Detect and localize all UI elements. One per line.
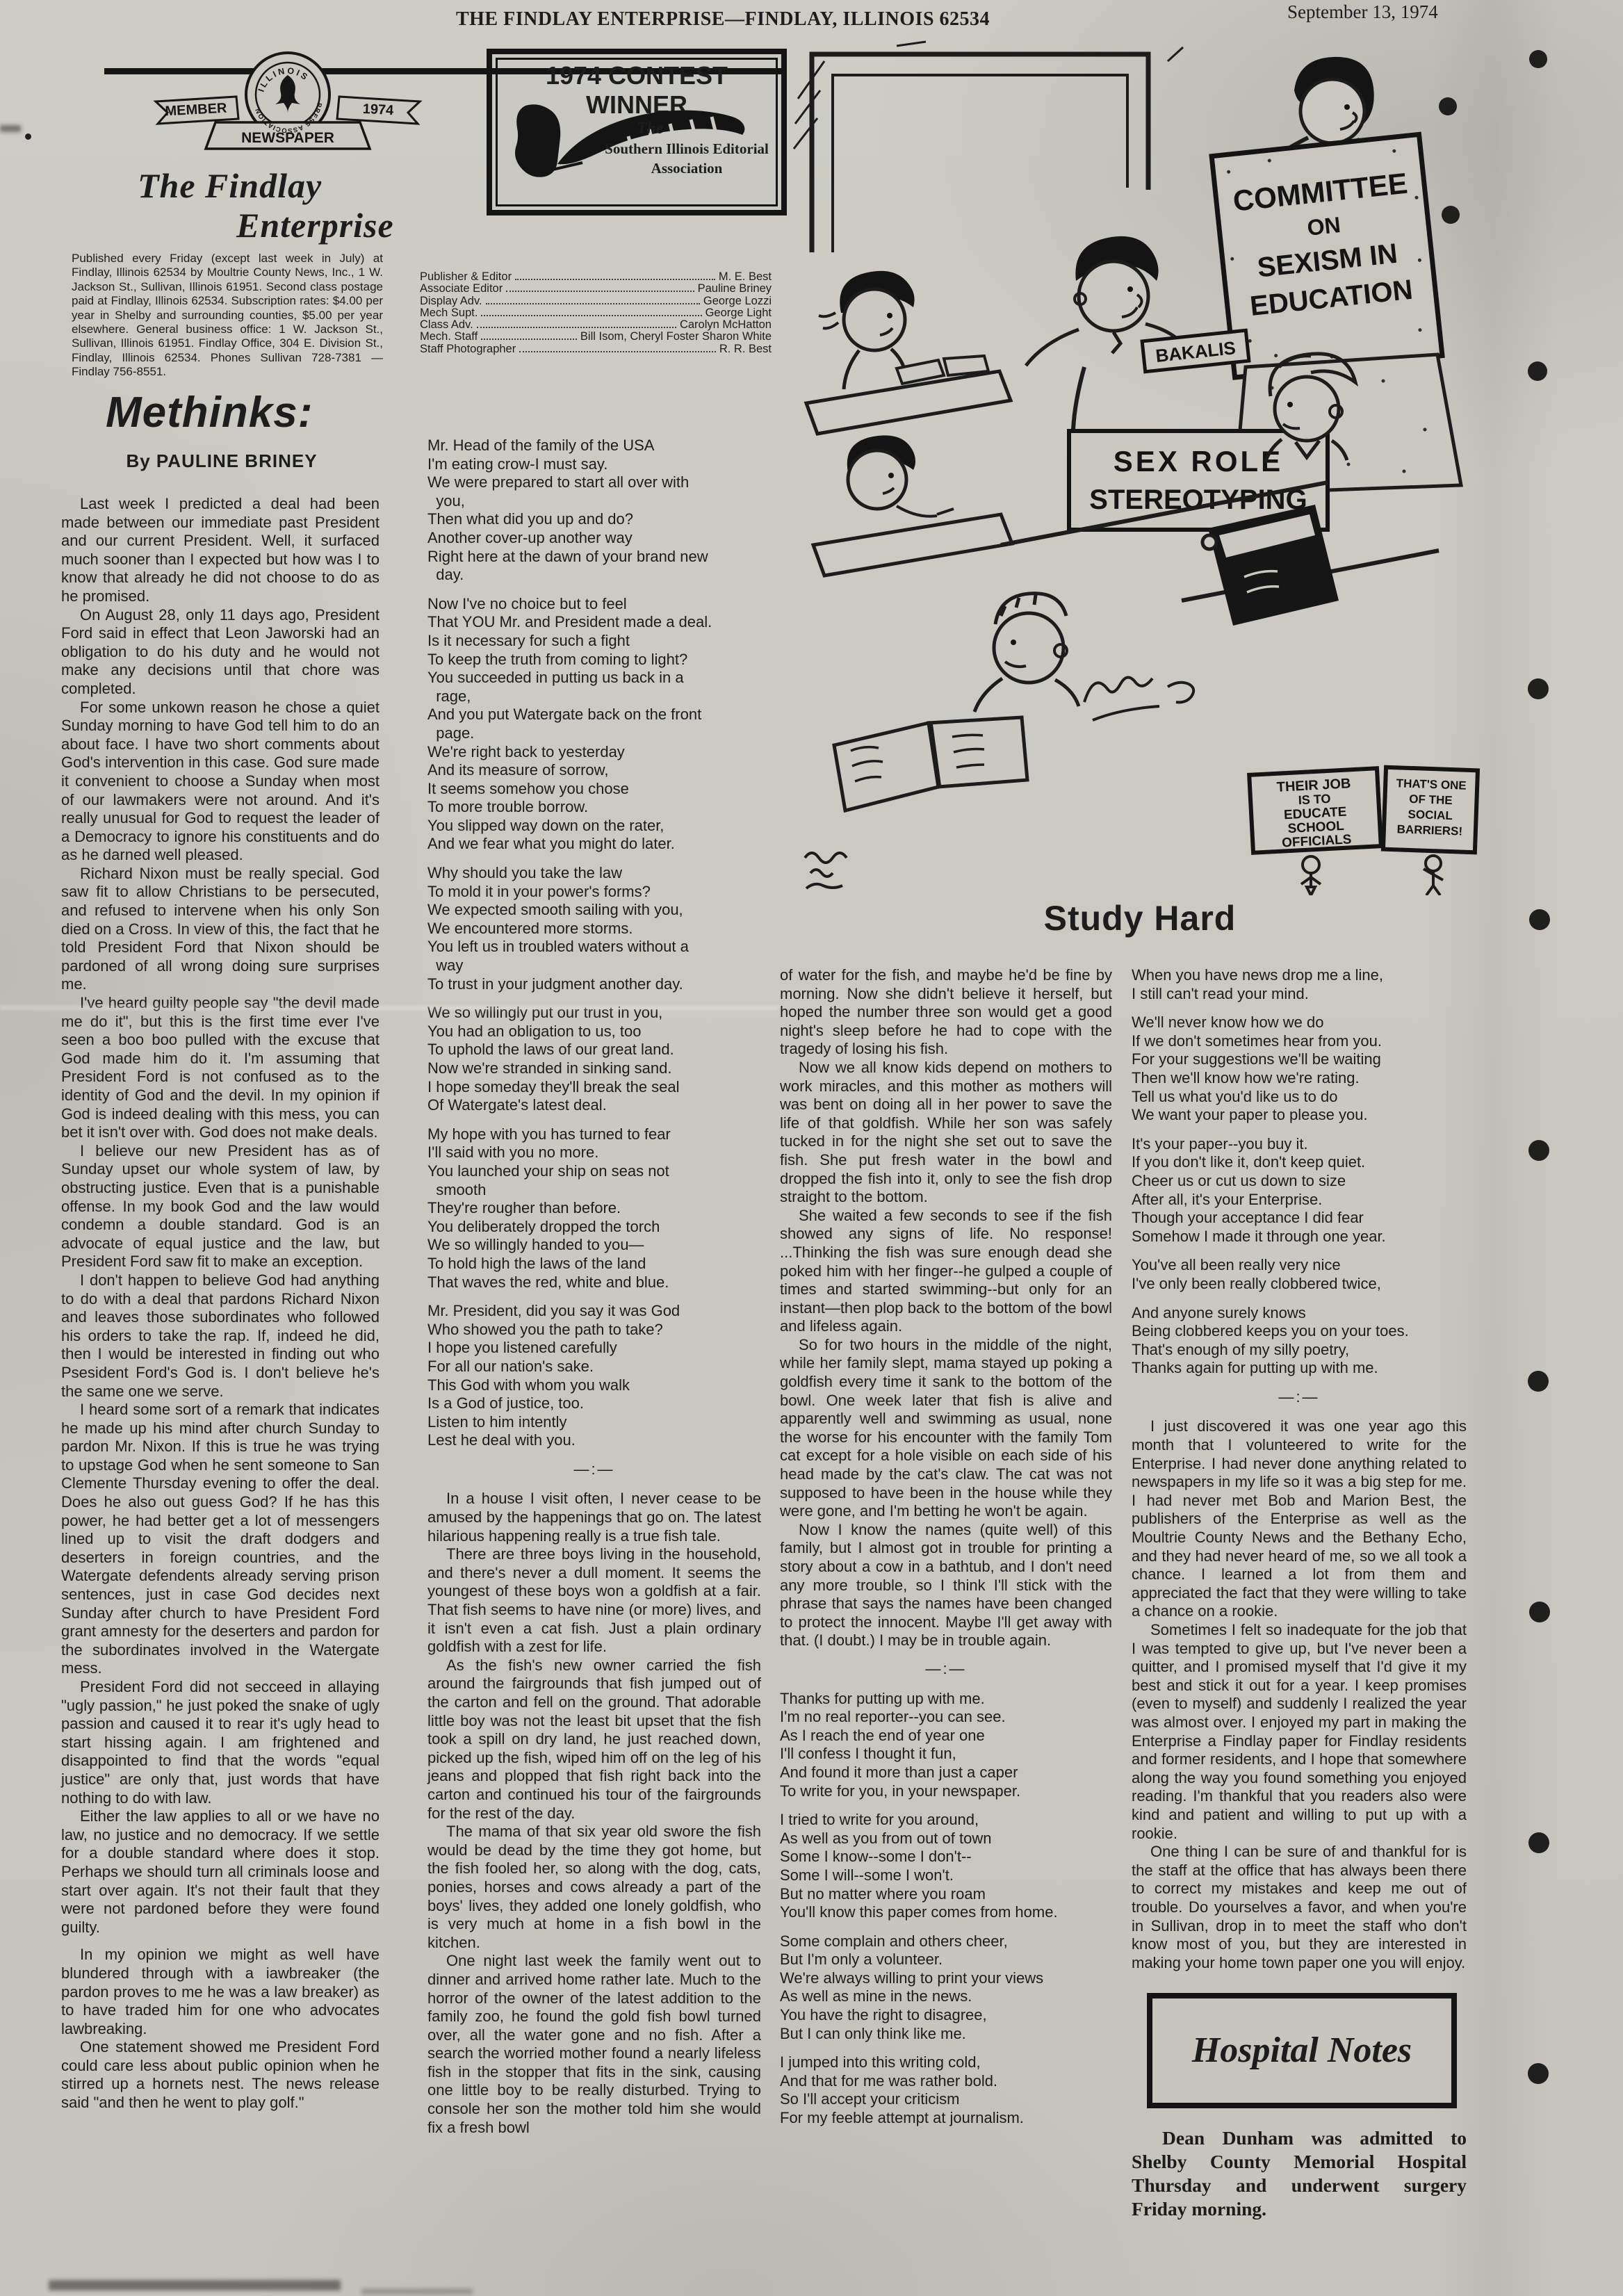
text-column-1: Last week I predicted a deal had been ma… [61, 495, 380, 2112]
cartoon-corner-scribble [805, 853, 847, 888]
paragraph: One statement showed me President Ford c… [61, 2038, 380, 2112]
poem-line: And you put Watergate back on the front [427, 706, 761, 724]
poem-line: We so willingly handed to you— [427, 1236, 761, 1255]
poem-line: Listen to him intently [427, 1413, 761, 1432]
column-4-body: When you have news drop me a line,I stil… [1132, 966, 1467, 1972]
cartoon-sign-their-job: THEIR JOB IS TO EDUCATE SCHOOL OFFICIALS [1249, 768, 1381, 852]
poem-line: Another cover-up another way [427, 529, 761, 548]
poem-line: Who showed you the path to take? [427, 1321, 761, 1340]
press-association-badge: ILLINOIS PRESS ASSOCIATION MEMBER 1974 N… [152, 43, 424, 153]
staff-name: Pauline Briney [698, 283, 772, 295]
staff-row: Class Adv.Carolyn McHatton [420, 319, 772, 331]
poem-line: Right here at the dawn of your brand new [427, 548, 761, 567]
poem-stanza: Why should you take the lawTo mold it in… [427, 864, 761, 993]
paragraph: I've heard guilty people say "the devil … [61, 994, 380, 1142]
poem-line: You'll know this paper comes from home. [780, 1903, 1112, 1922]
paragraph: I just discovered it was one year ago th… [1132, 1417, 1467, 1621]
poem-line: you, [427, 492, 761, 511]
poem-line: You've all been really very nice [1132, 1256, 1467, 1275]
staff-name: R. R. Best [719, 343, 772, 355]
contest-org-line1: Southern Illinois Editorial [596, 140, 777, 158]
cartoon-stick-figures [1301, 856, 1443, 895]
paragraph: Richard Nixon must be really special. Go… [61, 865, 380, 994]
poem-line: To keep the truth from coming to light? [427, 651, 761, 669]
paragraph: of water for the fish, and maybe he'd be… [780, 966, 1112, 1059]
barriers-sign-line3: SOCIAL [1408, 808, 1453, 822]
ink-dot [1528, 678, 1549, 699]
poem-line: Lest he deal with you. [427, 1431, 761, 1450]
ink-dot [25, 133, 31, 140]
poem-line: Is it necessary for such a fight [427, 632, 761, 651]
poem-line: You succeeded in putting us back in a [427, 669, 761, 687]
poem-stanza: Some complain and others cheer,But I'm o… [780, 1932, 1112, 2044]
poem-line: We're right back to yesterday [427, 743, 761, 762]
poem-line: For all our nation's sake. [427, 1358, 761, 1376]
poem-line: You left us in troubled waters without a [427, 938, 761, 956]
hospital-notes-box: Hospital Notes [1147, 1993, 1457, 2108]
poem-line: way [427, 956, 761, 975]
poem-line: Though your acceptance I did fear [1132, 1209, 1467, 1228]
poem-line: We're always willing to print your views [780, 1969, 1112, 1988]
stereotyping-sign-line1: SEX ROLE [1114, 445, 1283, 478]
hospital-notes-title: Hospital Notes [1192, 2042, 1412, 2060]
poem-line: If you don't like it, don't keep quiet. [1132, 1153, 1467, 1172]
paragraph: One thing I can be sure of and thankful … [1132, 1843, 1467, 1972]
poem-line: We were prepared to start all over with [427, 473, 761, 492]
poem-line: Mr. Head of the family of the USA [427, 437, 761, 455]
poem-line: day. [427, 566, 761, 585]
cartoonist-signature [1084, 677, 1193, 720]
poem-line: You have the right to disagree, [780, 2006, 1112, 2025]
poem-stanza: Mr. President, did you say it was GodWho… [427, 1302, 761, 1450]
ink-dot [1442, 206, 1460, 224]
poem-stanza: It's your paper--you buy it.If you don't… [1132, 1135, 1467, 1246]
newspaper-banner-label: NEWSPAPER [241, 130, 334, 146]
cartoon-kid-girl-middle [813, 435, 1012, 576]
poem-line: Of Watergate's latest deal. [427, 1096, 761, 1115]
poem-line: And anyone surely knows [1132, 1304, 1467, 1323]
poem-line: Some I know--some I don't-- [780, 1848, 1112, 1866]
staff-row: Mech. StaffBill Isom, Cheryl Foster Shar… [420, 331, 772, 343]
poem-line: But no matter where you roam [780, 1885, 1112, 1904]
job-sign-line2: IS TO [1298, 792, 1331, 807]
poem-line: Thanks again for putting up with me. [1132, 1359, 1467, 1378]
committee-sign-line2: ON [1306, 212, 1342, 241]
staff-role: Associate Editor [420, 283, 503, 295]
poem-line: Why should you take the law [427, 864, 761, 883]
poem-line: I hope you listened carefully [427, 1339, 761, 1358]
paragraph: For some unkown reason he chose a quiet … [61, 699, 380, 865]
poem-stanza: I tried to write for you around,As well … [780, 1811, 1112, 1922]
poem-line: They're rougher than before. [427, 1199, 761, 1218]
poem-line: And that for me was rather bold. [780, 2072, 1112, 2091]
poem-line: Thanks for putting up with me. [780, 1690, 1112, 1709]
staff-role: Staff Photographer [420, 343, 516, 355]
newspaper-page: { "page": { "divider_glyph": "—:—", "hea… [0, 0, 1623, 2296]
poem-line: So I'll accept your criticism [780, 2090, 1112, 2109]
staff-role: Class Adv. [420, 319, 473, 331]
nameplate-line2: Enterprise [236, 205, 394, 245]
poem-line: I've only been really clobbered twice, [1132, 1275, 1467, 1294]
poem-stanza: I jumped into this writing cold,And that… [780, 2053, 1112, 2127]
poem-line: rage, [427, 687, 761, 706]
page-header-title: THE FINDLAY ENTERPRISE—FINDLAY, ILLINOIS… [375, 8, 1070, 31]
paragraph: The mama of that six year old swore the … [427, 1823, 761, 1952]
poem-line: You slipped way down on the rater, [427, 817, 761, 836]
cartoon-caption: Study Hard [959, 898, 1321, 938]
stereotyping-sign-line2: STEREOTYPING [1089, 485, 1307, 515]
text-column-2: Mr. Head of the family of the USAI'm eat… [427, 437, 761, 2137]
poem-line: For your suggestions we'll be waiting [1132, 1050, 1467, 1069]
poem-line: We'll never know how we do [1132, 1013, 1467, 1032]
poem-line: To uphold the laws of our great land. [427, 1041, 761, 1059]
poem-line: Now we're stranded in sinking sand. [427, 1059, 761, 1078]
poem-line: It's your paper--you buy it. [1132, 1135, 1467, 1154]
poem-line: But I can only think like me. [780, 2025, 1112, 2044]
poem-stanza: My hope with you has turned to fearI'll … [427, 1125, 761, 1292]
poem-line: As I reach the end of year one [780, 1727, 1112, 1745]
poem-line: I still can't read your mind. [1132, 985, 1467, 1004]
paragraph: She waited a few seconds to see if the f… [780, 1207, 1112, 1336]
poem-line: As well as you from out of town [780, 1830, 1112, 1848]
dot-leader [515, 279, 715, 280]
member-ribbon-label: MEMBER [165, 101, 227, 120]
paragraph: I don't happen to believe God had anythi… [61, 1271, 380, 1401]
poem-stanza: Thanks for putting up with me.I'm no rea… [780, 1690, 1112, 1801]
poem-line: But I'm only a volunteer. [780, 1951, 1112, 1969]
ink-dot [1528, 1371, 1549, 1392]
poem-line: I'm eating crow-I must say. [427, 455, 761, 474]
poem-line: When you have news drop me a line, [1132, 966, 1467, 985]
poem-line: That's enough of my silly poetry, [1132, 1341, 1467, 1360]
paragraph: In my opinion we might as well have blun… [61, 1946, 380, 2038]
ink-dot [1528, 2063, 1549, 2084]
ink-dot [1528, 361, 1547, 381]
ink-dot [1529, 909, 1550, 930]
staff-row: Associate EditorPauline Briney [420, 283, 772, 295]
contest-org-the: The [637, 120, 664, 138]
dot-leader [486, 303, 700, 304]
poem-line: Cheer us or cut us down to size [1132, 1172, 1467, 1191]
cartoon-figure-committee-woman: COMMITTEE ON SEXISM IN EDUCATION [1212, 57, 1461, 494]
dot-leader [481, 339, 577, 340]
poem-line: Being clobbered keeps you on your toes. [1132, 1322, 1467, 1341]
bottom-smudge [49, 2280, 341, 2290]
paragraph: As the fish's new owner carried the fish… [427, 1656, 761, 1823]
poem-line: If we don't sometimes hear from you. [1132, 1032, 1467, 1051]
poem-line: I tried to write for you around, [780, 1811, 1112, 1830]
staff-name: Carolyn McHatton [680, 319, 772, 331]
poem-stanza: Now I've no choice but to feelThat YOU M… [427, 595, 761, 854]
poem-line: We expected smooth sailing with you, [427, 901, 761, 920]
text-column-3: of water for the fish, and maybe he'd be… [780, 966, 1112, 2138]
paragraph: President Ford did not secceed in allayi… [61, 1678, 380, 1807]
section-divider: —:— [427, 1460, 761, 1479]
poem-line: My hope with you has turned to fear [427, 1125, 761, 1144]
poem-line: To write for you, in your newspaper. [780, 1782, 1112, 1801]
paragraph: Sometimes I felt so inadequate for the j… [1132, 1621, 1467, 1843]
staff-row: Publisher & EditorM. E. Best [420, 271, 772, 283]
contest-org-line2: Association [596, 160, 777, 177]
dot-leader [506, 291, 694, 292]
ink-dot [1528, 1832, 1549, 1853]
poem-line: That waves the red, white and blue. [427, 1273, 761, 1292]
edge-mark [0, 125, 21, 132]
poem-line: I'll confess I thought it fun, [780, 1745, 1112, 1764]
barriers-sign-line1: THAT'S ONE [1396, 776, 1467, 792]
paragraph: Either the law applies to all or we have… [61, 1807, 380, 1937]
poem-line: And we fear what you might do later. [427, 835, 761, 854]
ink-dot [1529, 1602, 1550, 1622]
poem-line: Mr. President, did you say it was God [427, 1302, 761, 1321]
poem-line: To more trouble borrow. [427, 798, 761, 817]
staff-row: Mech Supt.George Light [420, 307, 772, 319]
cartoon-kid-book-bottom [834, 594, 1079, 811]
column-title: Methinks: [106, 388, 313, 437]
press-association-seal-graphic: ILLINOIS PRESS ASSOCIATION MEMBER 1974 N… [152, 43, 424, 153]
poem-line: Some complain and others cheer, [780, 1932, 1112, 1951]
paragraph: One night last week the family went out … [427, 1952, 761, 2137]
poem-line: You deliberately dropped the torch [427, 1218, 761, 1237]
staff-name: George Lozzi [703, 295, 772, 307]
ink-dot [1528, 1140, 1549, 1161]
poem-stanza: We'll never know how we doIf we don't so… [1132, 1013, 1467, 1125]
poem-line: I'll said with you no more. [427, 1143, 761, 1162]
poem-line: You had an obligation to us, too [427, 1023, 761, 1041]
text-column-4: When you have news drop me a line,I stil… [1132, 966, 1467, 2221]
dot-leader [519, 351, 716, 352]
dot-leader [477, 327, 676, 328]
poem-line: Some I will--some I won't. [780, 1866, 1112, 1885]
poem-stanza: Mr. Head of the family of the USAI'm eat… [427, 437, 761, 585]
paragraph: I believe our new President has as of Su… [61, 1142, 380, 1271]
year-ribbon-label: 1974 [362, 101, 394, 118]
staff-name: Bill Isom, Cheryl Foster Sharon White [580, 331, 772, 343]
staff-list: Publisher & EditorM. E. Best Associate E… [420, 271, 772, 355]
paragraph: There are three boys living in the house… [427, 1545, 761, 1656]
poem-line: And found it more than just a caper [780, 1764, 1112, 1782]
staff-row: Staff PhotographerR. R. Best [420, 343, 772, 355]
paragraph: On August 28, only 11 days ago, Presiden… [61, 606, 380, 699]
poem-line: I'm no real reporter--you can see. [780, 1708, 1112, 1727]
poem-line: We encountered more storms. [427, 920, 761, 938]
poem-line: page. [427, 724, 761, 743]
publication-info: Published every Friday (except last week… [72, 252, 383, 380]
bottom-smudge [361, 2288, 473, 2295]
column-byline: By PAULINE BRINEY [63, 450, 381, 472]
poem-line: You launched your ship on seas not [427, 1162, 761, 1181]
staff-role: Publisher & Editor [420, 271, 512, 283]
staff-row: Display Adv.George Lozzi [420, 295, 772, 307]
barriers-sign-line4: BARRIERS! [1396, 822, 1462, 838]
poem-line: To trust in your judgment another day. [427, 975, 761, 994]
cartoon-sign-barriers: THAT'S ONE OF THE SOCIAL BARRIERS! [1383, 767, 1478, 853]
poem-line: After all, it's your Enterprise. [1132, 1191, 1467, 1210]
poem-line: To hold high the laws of the land [427, 1255, 761, 1273]
hospital-notes-body: Dean Dunham was admitted to Shelby Count… [1132, 2126, 1467, 2221]
poem-line: smooth [427, 1181, 761, 1200]
poem-line: It seems somehow you chose [427, 780, 761, 799]
page-header-date: September 13, 1974 [1287, 1, 1496, 23]
paragraph: Last week I predicted a deal had been ma… [61, 495, 380, 606]
poem-line: For my feeble attempt at journalism. [780, 2109, 1112, 2128]
section-divider: —:— [1132, 1388, 1467, 1407]
paragraph: Now we all know kids depend on mothers t… [780, 1059, 1112, 1207]
staff-role: Display Adv. [420, 295, 482, 307]
paragraph: Now I know the names (quite well) of thi… [780, 1521, 1112, 1650]
nameplate-line1: The Findlay [138, 165, 322, 206]
paper-crease [0, 1006, 778, 1010]
poem-stanza: You've all been really very niceI've onl… [1132, 1256, 1467, 1293]
poem-line: As well as mine in the news. [780, 1987, 1112, 2006]
poem-line: That YOU Mr. and President made a deal. [427, 613, 761, 632]
staff-name: M. E. Best [719, 271, 772, 283]
section-divider: —:— [780, 1660, 1112, 1679]
poem-line: This God with whom you walk [427, 1376, 761, 1395]
poem-line: Somehow I made it through one year. [1132, 1228, 1467, 1246]
poem-line: We want your paper to please you. [1132, 1106, 1467, 1125]
poem-line: Now I've no choice but to feel [427, 595, 761, 614]
poem-line: I hope someday they'll break the seal [427, 1078, 761, 1097]
dot-leader [481, 315, 701, 316]
editorial-cartoon: COMMITTEE ON SEXISM IN EDUCATION BAKALIS… [792, 40, 1481, 895]
ink-dot [1529, 50, 1547, 68]
poem-line: I jumped into this writing cold, [780, 2053, 1112, 2072]
poem-line: Then what did you up and do? [427, 510, 761, 529]
poem-stanza: And anyone surely knowsBeing clobbered k… [1132, 1304, 1467, 1378]
poem-line: And its measure of sorrow, [427, 761, 761, 780]
poem-line: Is a God of justice, too. [427, 1394, 761, 1413]
ink-dot [1439, 97, 1457, 115]
poem-line: Then we'll know how we're rating. [1132, 1069, 1467, 1088]
staff-role: Mech. Staff [420, 331, 478, 343]
paragraph: I heard some sort of a remark that indic… [61, 1401, 380, 1678]
barriers-sign-line2: OF THE [1409, 792, 1453, 807]
staff-name: George Light [706, 307, 772, 319]
staff-role: Mech Supt. [420, 307, 478, 319]
paragraph: So for two hours in the middle of the ni… [780, 1336, 1112, 1521]
poem-stanza: When you have news drop me a line,I stil… [1132, 966, 1467, 1003]
poem-stanza: We so willingly put our trust in you,You… [427, 1004, 761, 1115]
poem-line: Tell us what you'd like us to do [1132, 1088, 1467, 1107]
paragraph: In a house I visit often, I never cease … [427, 1490, 761, 1545]
cartoon-kid-girl-top [806, 271, 1011, 434]
window-frame [794, 42, 1183, 252]
poem-line: To mold it in your power's forms? [427, 883, 761, 902]
contest-winner-box: 1974 CONTEST WINNER The Southern Illinoi… [487, 49, 787, 215]
